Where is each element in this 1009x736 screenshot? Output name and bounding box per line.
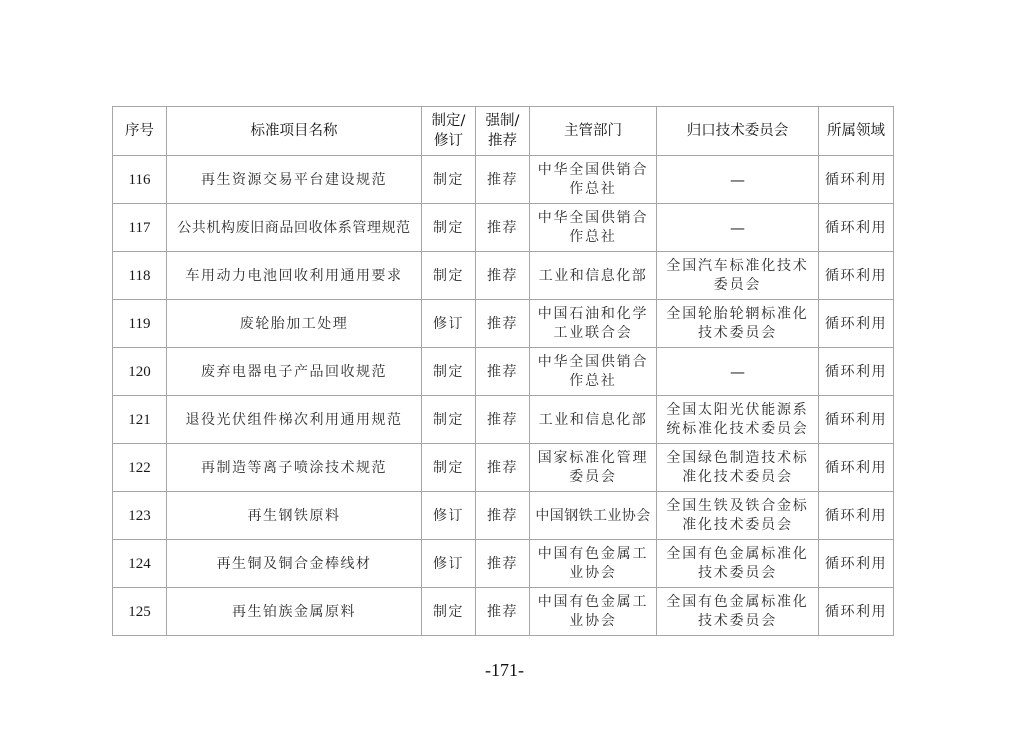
cell-mandatory: 推荐 xyxy=(476,492,530,540)
cell-name: 车用动力电池回收利用通用要求 xyxy=(167,252,422,300)
cell-committee: 全国有色金属标准化技术委员会 xyxy=(657,588,819,636)
cell-committee: 全国绿色制造技术标准化技术委员会 xyxy=(657,444,819,492)
cell-name: 退役光伏组件梯次利用通用规范 xyxy=(167,396,422,444)
cell-mandatory: 推荐 xyxy=(476,252,530,300)
cell-type: 制定 xyxy=(422,444,476,492)
cell-domain: 循环利用 xyxy=(819,396,894,444)
cell-committee: 全国太阳光伏能源系统标准化技术委员会 xyxy=(657,396,819,444)
table-row: 118 车用动力电池回收利用通用要求 制定 推荐 工业和信息化部 全国汽车标准化… xyxy=(113,252,894,300)
header-name: 标准项目名称 xyxy=(167,107,422,156)
table-header-row: 序号 标准项目名称 制定/ 修订 强制/ 推荐 主管部门 归口技术委员会 所属领… xyxy=(113,107,894,156)
cell-mandatory: 推荐 xyxy=(476,540,530,588)
cell-department: 中华全国供销合作总社 xyxy=(530,204,657,252)
cell-type: 制定 xyxy=(422,204,476,252)
cell-domain: 循环利用 xyxy=(819,540,894,588)
cell-domain: 循环利用 xyxy=(819,588,894,636)
cell-name: 再生铜及铜合金棒线材 xyxy=(167,540,422,588)
table-row: 121 退役光伏组件梯次利用通用规范 制定 推荐 工业和信息化部 全国太阳光伏能… xyxy=(113,396,894,444)
cell-committee: — xyxy=(657,348,819,396)
cell-seq: 118 xyxy=(113,252,167,300)
table-row: 122 再制造等离子喷涂技术规范 制定 推荐 国家标准化管理委员会 全国绿色制造… xyxy=(113,444,894,492)
page-number: -171- xyxy=(0,660,1009,681)
cell-domain: 循环利用 xyxy=(819,444,894,492)
cell-type: 修订 xyxy=(422,492,476,540)
cell-committee: 全国汽车标准化技术委员会 xyxy=(657,252,819,300)
cell-department: 工业和信息化部 xyxy=(530,252,657,300)
cell-seq: 122 xyxy=(113,444,167,492)
standards-table: 序号 标准项目名称 制定/ 修订 强制/ 推荐 主管部门 归口技术委员会 所属领… xyxy=(112,106,894,636)
cell-type: 制定 xyxy=(422,156,476,204)
cell-department: 中华全国供销合作总社 xyxy=(530,156,657,204)
cell-mandatory: 推荐 xyxy=(476,300,530,348)
cell-domain: 循环利用 xyxy=(819,204,894,252)
cell-department: 中国石油和化学工业联合会 xyxy=(530,300,657,348)
cell-committee: — xyxy=(657,204,819,252)
table-row: 117 公共机构废旧商品回收体系管理规范 制定 推荐 中华全国供销合作总社 — … xyxy=(113,204,894,252)
cell-domain: 循环利用 xyxy=(819,156,894,204)
header-domain: 所属领域 xyxy=(819,107,894,156)
cell-domain: 循环利用 xyxy=(819,348,894,396)
cell-domain: 循环利用 xyxy=(819,300,894,348)
cell-name: 再生资源交易平台建设规范 xyxy=(167,156,422,204)
cell-domain: 循环利用 xyxy=(819,252,894,300)
cell-name: 废轮胎加工处理 xyxy=(167,300,422,348)
cell-committee: 全国轮胎轮辋标准化技术委员会 xyxy=(657,300,819,348)
table-row: 124 再生铜及铜合金棒线材 修订 推荐 中国有色金属工业协会 全国有色金属标准… xyxy=(113,540,894,588)
table-row: 119 废轮胎加工处理 修订 推荐 中国石油和化学工业联合会 全国轮胎轮辋标准化… xyxy=(113,300,894,348)
cell-type: 制定 xyxy=(422,588,476,636)
cell-seq: 121 xyxy=(113,396,167,444)
cell-department: 中国有色金属工业协会 xyxy=(530,540,657,588)
cell-seq: 123 xyxy=(113,492,167,540)
cell-name: 再制造等离子喷涂技术规范 xyxy=(167,444,422,492)
cell-department: 中国钢铁工业协会 xyxy=(530,492,657,540)
cell-mandatory: 推荐 xyxy=(476,204,530,252)
cell-seq: 120 xyxy=(113,348,167,396)
document-page: 序号 标准项目名称 制定/ 修订 强制/ 推荐 主管部门 归口技术委员会 所属领… xyxy=(0,0,1009,736)
cell-mandatory: 推荐 xyxy=(476,348,530,396)
table-row: 116 再生资源交易平台建设规范 制定 推荐 中华全国供销合作总社 — 循环利用 xyxy=(113,156,894,204)
cell-name: 再生铂族金属原料 xyxy=(167,588,422,636)
cell-mandatory: 推荐 xyxy=(476,396,530,444)
cell-name: 再生钢铁原料 xyxy=(167,492,422,540)
cell-department: 工业和信息化部 xyxy=(530,396,657,444)
header-type: 制定/ 修订 xyxy=(422,107,476,156)
cell-type: 修订 xyxy=(422,540,476,588)
cell-seq: 124 xyxy=(113,540,167,588)
header-department: 主管部门 xyxy=(530,107,657,156)
cell-type: 制定 xyxy=(422,396,476,444)
cell-type: 制定 xyxy=(422,348,476,396)
table-row: 123 再生钢铁原料 修订 推荐 中国钢铁工业协会 全国生铁及铁合金标准化技术委… xyxy=(113,492,894,540)
cell-type: 制定 xyxy=(422,252,476,300)
cell-department: 中华全国供销合作总社 xyxy=(530,348,657,396)
cell-mandatory: 推荐 xyxy=(476,156,530,204)
cell-domain: 循环利用 xyxy=(819,492,894,540)
cell-seq: 117 xyxy=(113,204,167,252)
header-mandatory: 强制/ 推荐 xyxy=(476,107,530,156)
table-row: 120 废弃电器电子产品回收规范 制定 推荐 中华全国供销合作总社 — 循环利用 xyxy=(113,348,894,396)
cell-seq: 125 xyxy=(113,588,167,636)
cell-committee: 全国有色金属标准化技术委员会 xyxy=(657,540,819,588)
header-committee: 归口技术委员会 xyxy=(657,107,819,156)
cell-type: 修订 xyxy=(422,300,476,348)
table-row: 125 再生铂族金属原料 制定 推荐 中国有色金属工业协会 全国有色金属标准化技… xyxy=(113,588,894,636)
cell-name: 公共机构废旧商品回收体系管理规范 xyxy=(167,204,422,252)
header-seq: 序号 xyxy=(113,107,167,156)
cell-department: 中国有色金属工业协会 xyxy=(530,588,657,636)
cell-mandatory: 推荐 xyxy=(476,588,530,636)
cell-mandatory: 推荐 xyxy=(476,444,530,492)
cell-committee: — xyxy=(657,156,819,204)
cell-name: 废弃电器电子产品回收规范 xyxy=(167,348,422,396)
cell-seq: 116 xyxy=(113,156,167,204)
cell-seq: 119 xyxy=(113,300,167,348)
cell-department: 国家标准化管理委员会 xyxy=(530,444,657,492)
cell-committee: 全国生铁及铁合金标准化技术委员会 xyxy=(657,492,819,540)
